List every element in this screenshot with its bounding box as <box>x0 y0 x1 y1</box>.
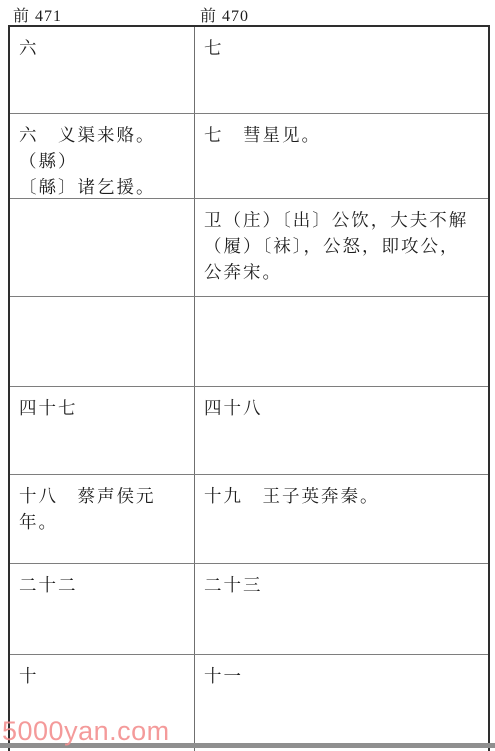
table-row: 二十二 二十三 <box>10 564 488 655</box>
year-cell: 四十八 <box>195 387 488 474</box>
watermark: 5000yan.com <box>2 716 170 747</box>
table-row: 十八 蔡声侯元年。 十九 王子英奔秦。 <box>10 475 488 564</box>
empty-cell <box>195 297 488 386</box>
year-cell: 四十七 <box>10 387 195 474</box>
year-label-right: 前 470 <box>200 3 249 26</box>
table-row: 六 七 <box>10 27 488 114</box>
table-row: 六 义渠来赂。（縣） 〔緜〕诸乞援。 七 彗星见。 <box>10 114 488 199</box>
year-cell: 十一 <box>195 655 488 751</box>
event-cell: 七 彗星见。 <box>195 114 488 198</box>
table-row: 卫（庄）〔出〕公饮，大夫不解 （履）〔袜〕，公怒，即攻公， 公奔宋。 <box>10 199 488 297</box>
event-cell: 十九 王子英奔秦。 <box>195 475 488 563</box>
year-cell: 六 <box>10 27 195 113</box>
year-cell: 二十三 <box>195 564 488 654</box>
event-cell: 六 义渠来赂。（縣） 〔緜〕诸乞援。 <box>10 114 195 198</box>
page-header: 前 471 前 470 <box>0 3 495 24</box>
empty-cell <box>10 297 195 386</box>
empty-cell <box>10 199 195 296</box>
table-row: 四十七 四十八 <box>10 387 488 475</box>
year-cell: 七 <box>195 27 488 113</box>
event-cell: 十八 蔡声侯元年。 <box>10 475 195 563</box>
table-row <box>10 297 488 387</box>
year-label-left: 前 471 <box>13 3 62 26</box>
event-cell: 卫（庄）〔出〕公饮，大夫不解 （履）〔袜〕，公怒，即攻公， 公奔宋。 <box>195 199 488 296</box>
chronology-table: 六 七 六 义渠来赂。（縣） 〔緜〕诸乞援。 七 彗星见。 卫（庄）〔出〕公饮，… <box>8 25 490 751</box>
year-cell: 二十二 <box>10 564 195 654</box>
